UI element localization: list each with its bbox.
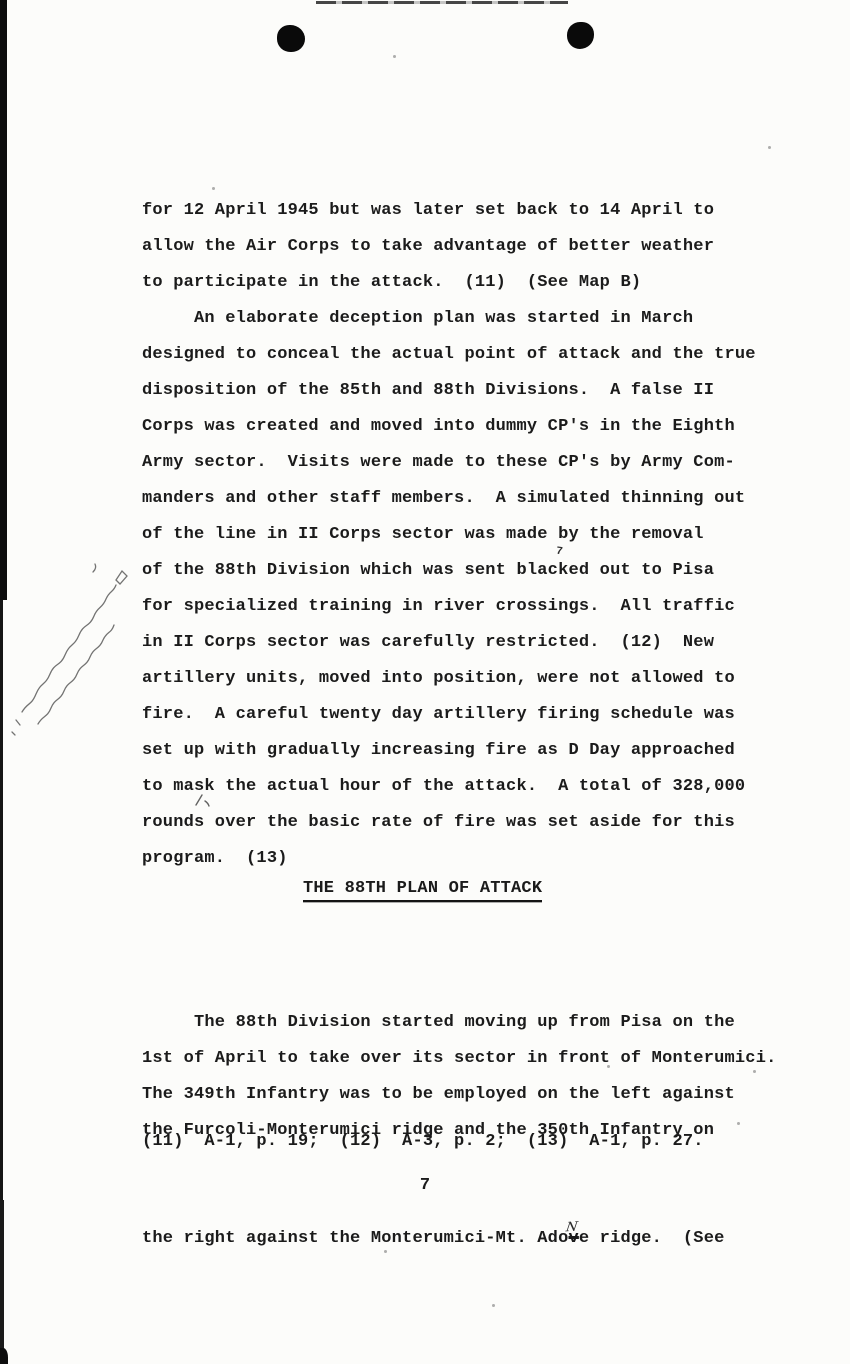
scan-speck xyxy=(768,146,771,149)
scan-edge-shadow xyxy=(0,1200,4,1364)
text-line: artillery units, moved into position, we… xyxy=(142,661,802,697)
margin-handwriting-annotation xyxy=(0,440,150,745)
text-line-with-correction: the right against the Monterumici-Mt. Ad… xyxy=(142,1221,802,1257)
text-line: allow the Air Corps to take advantage of… xyxy=(142,229,802,265)
text-line: set up with gradually increasing fire as… xyxy=(142,733,802,769)
text-line: to participate in the attack. (11) (See … xyxy=(142,265,802,301)
scan-speck xyxy=(607,1065,610,1068)
top-scan-line xyxy=(316,1,568,4)
text-line: of the 88th Division which was sent blac… xyxy=(142,553,802,589)
text-line: rounds over the basic rate of fire was s… xyxy=(142,805,802,841)
document-page: for 12 April 1945 but was later set back… xyxy=(0,0,850,1364)
text-line: An elaborate deception plan was started … xyxy=(142,301,802,337)
scan-edge-shadow xyxy=(0,1348,8,1364)
scan-speck xyxy=(384,1250,387,1253)
footnote-references: (11) A-1, p. 19; (12) A-3, p. 2; (13) A-… xyxy=(142,1124,704,1160)
text-line: for 12 April 1945 but was later set back… xyxy=(142,193,802,229)
scan-speck xyxy=(492,1304,495,1307)
text-line: The 88th Division started moving up from… xyxy=(142,1005,802,1041)
text-line: of the line in II Corps sector was made … xyxy=(142,517,802,553)
text-line: disposition of the 85th and 88th Divisio… xyxy=(142,373,802,409)
page-number: 7 xyxy=(0,1176,850,1195)
punch-dot-left xyxy=(277,25,305,52)
text-line: fire. A careful twenty day artillery fir… xyxy=(142,697,802,733)
scan-speck xyxy=(212,187,215,190)
text-line: The 349th Infantry was to be employed on… xyxy=(142,1077,802,1113)
section-heading: THE 88TH PLAN OF ATTACK xyxy=(303,879,542,902)
text-segment: e ridge. (See xyxy=(579,1229,725,1248)
text-line: 1st of April to take over its sector in … xyxy=(142,1041,802,1077)
text-line: Corps was created and moved into dummy C… xyxy=(142,409,802,445)
text-segment: the right against the Monterumici-Mt. Ad… xyxy=(142,1229,568,1248)
scan-speck xyxy=(393,55,396,58)
body-paragraphs-top: for 12 April 1945 but was later set back… xyxy=(142,193,802,877)
text-line: Army sector. Visits were made to these C… xyxy=(142,445,802,481)
pencil-tick-mark xyxy=(193,793,215,809)
text-line: to mask the actual hour of the attack. A… xyxy=(142,769,802,805)
scan-speck xyxy=(737,1122,740,1125)
text-line: manders and other staff members. A simul… xyxy=(142,481,802,517)
text-line: in II Corps sector was carefully restric… xyxy=(142,625,802,661)
text-line: designed to conceal the actual point of … xyxy=(142,337,802,373)
text-line: program. (13) xyxy=(142,841,802,877)
punch-dot-right xyxy=(567,22,594,49)
scan-speck xyxy=(753,1070,756,1073)
text-line: for specialized training in river crossi… xyxy=(142,589,802,625)
